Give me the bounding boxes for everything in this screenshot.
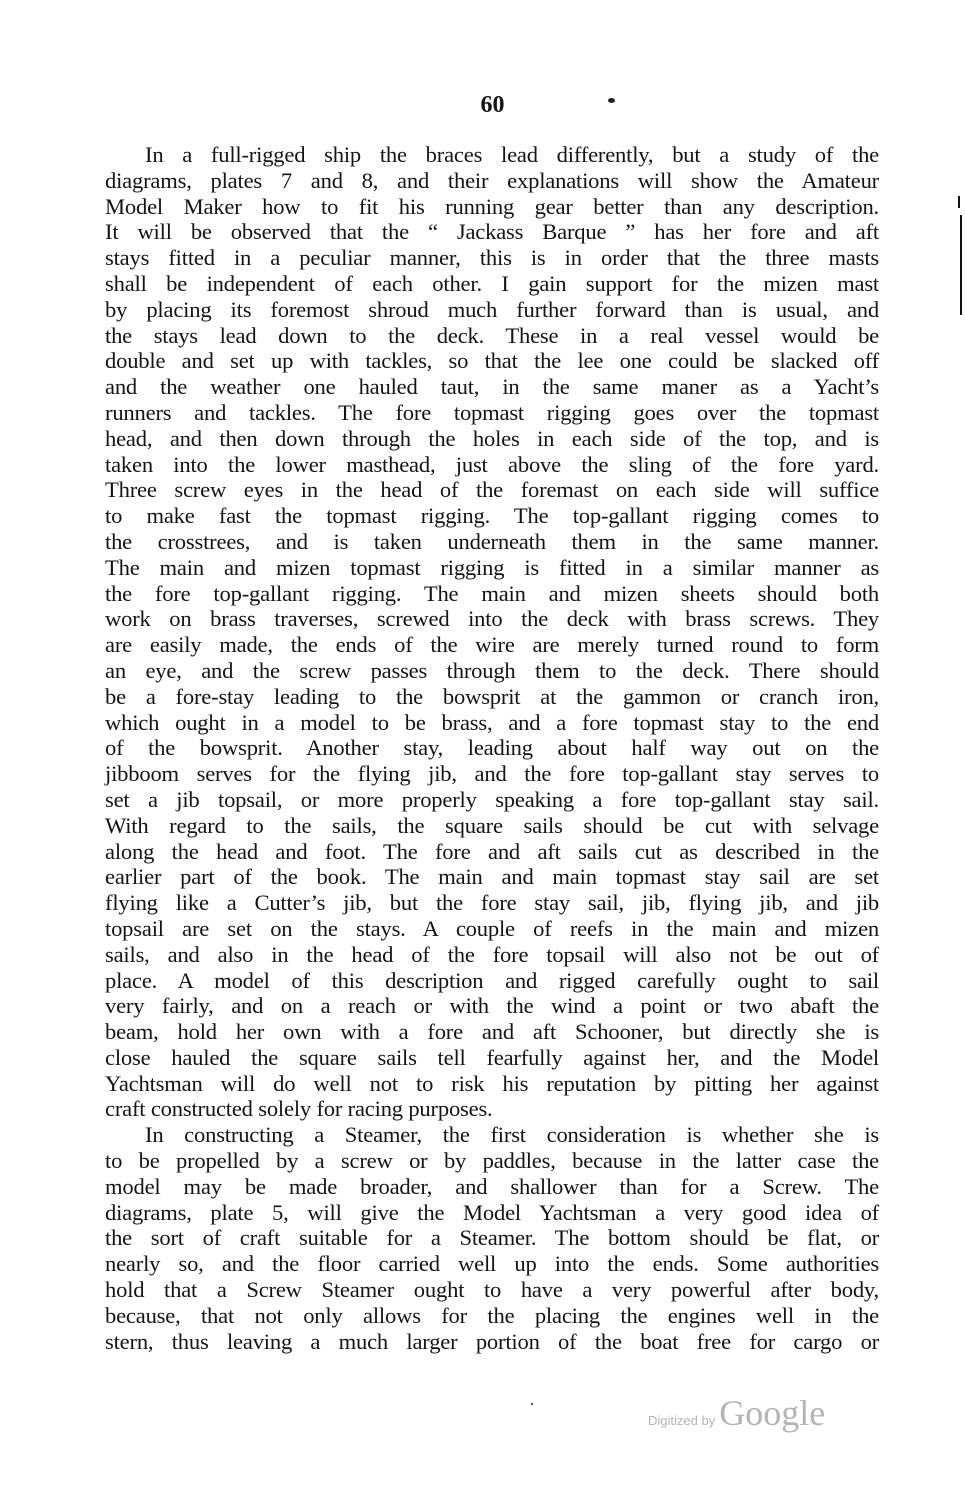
text-line: In a full-rigged ship the braces lead di… <box>105 142 879 168</box>
digitized-by-google-watermark: Digitized by Google <box>648 1392 825 1434</box>
watermark-brand: Google <box>719 1392 825 1434</box>
text-line: taken into the lower masthead, just abov… <box>105 452 879 478</box>
body-text: In a full-rigged ship the braces lead di… <box>105 142 879 1354</box>
text-line: to make fast the topmast rigging. The to… <box>105 503 879 529</box>
edge-mark <box>960 215 962 315</box>
text-line: earlier part of the book. The main and m… <box>105 864 879 890</box>
page-number: 60 <box>0 92 965 119</box>
text-line: work on brass traverses, screwed into th… <box>105 606 879 632</box>
text-line: In constructing a Steamer, the first con… <box>105 1122 879 1148</box>
text-line: along the head and foot. The fore and af… <box>105 839 879 865</box>
text-line: head, and then down through the holes in… <box>105 426 879 452</box>
text-line: model may be made broader, and shallower… <box>105 1174 879 1200</box>
ink-speck <box>608 98 615 103</box>
text-line: sails, and also in the head of the fore … <box>105 942 879 968</box>
text-line: topsail are set on the stays. A couple o… <box>105 916 879 942</box>
text-line: because, that not only allows for the pl… <box>105 1303 879 1329</box>
text-line: With regard to the sails, the square sai… <box>105 813 879 839</box>
text-line: diagrams, plates 7 and 8, and their expl… <box>105 168 879 194</box>
text-line: hold that a Screw Steamer ought to have … <box>105 1277 879 1303</box>
text-line: beam, hold her own with a fore and aft S… <box>105 1019 879 1045</box>
watermark-prefix: Digitized by <box>648 1413 715 1428</box>
text-line: shall be independent of each other. I ga… <box>105 271 879 297</box>
text-line: It will be observed that the “ Jackass B… <box>105 219 879 245</box>
text-line: the sort of craft suitable for a Steamer… <box>105 1225 879 1251</box>
text-line: to be propelled by a screw or by paddles… <box>105 1148 879 1174</box>
text-line: stays fitted in a peculiar manner, this … <box>105 245 879 271</box>
text-line: Yachtsman will do well not to risk his r… <box>105 1071 879 1097</box>
text-line: an eye, and the screw passes through the… <box>105 658 879 684</box>
text-line: Three screw eyes in the head of the fore… <box>105 477 879 503</box>
text-line: of the bowsprit. Another stay, leading a… <box>105 735 879 761</box>
text-line: which ought in a model to be brass, and … <box>105 710 879 736</box>
text-line: and the weather one hauled taut, in the … <box>105 374 879 400</box>
text-line: The main and mizen topmast rigging is fi… <box>105 555 879 581</box>
text-line: the stays lead down to the deck. These i… <box>105 323 879 349</box>
text-line: are easily made, the ends of the wire ar… <box>105 632 879 658</box>
text-line: craft constructed solely for racing purp… <box>105 1096 879 1122</box>
text-line: the crosstrees, and is taken underneath … <box>105 529 879 555</box>
edge-mark <box>958 196 960 208</box>
text-line: Model Maker how to fit his running gear … <box>105 194 879 220</box>
text-line: double and set up with tackles, so that … <box>105 348 879 374</box>
text-line: runners and tackles. The fore topmast ri… <box>105 400 879 426</box>
dust-speck <box>531 1403 533 1405</box>
text-line: diagrams, plate 5, will give the Model Y… <box>105 1200 879 1226</box>
text-line: close hauled the square sails tell fearf… <box>105 1045 879 1071</box>
paragraph: In a full-rigged ship the braces lead di… <box>105 142 879 1122</box>
text-line: place. A model of this description and r… <box>105 968 879 994</box>
text-line: nearly so, and the floor carried well up… <box>105 1251 879 1277</box>
text-line: set a jib topsail, or more properly spea… <box>105 787 879 813</box>
paragraph: In constructing a Steamer, the first con… <box>105 1122 879 1354</box>
text-line: be a fore-stay leading to the bowsprit a… <box>105 684 879 710</box>
text-line: very fairly, and on a reach or with the … <box>105 993 879 1019</box>
text-line: flying like a Cutter’s jib, but the fore… <box>105 890 879 916</box>
text-line: by placing its foremost shroud much furt… <box>105 297 879 323</box>
text-line: jibboom serves for the flying jib, and t… <box>105 761 879 787</box>
text-line: the fore top-gallant rigging. The main a… <box>105 581 879 607</box>
text-line: stern, thus leaving a much larger portio… <box>105 1329 879 1355</box>
